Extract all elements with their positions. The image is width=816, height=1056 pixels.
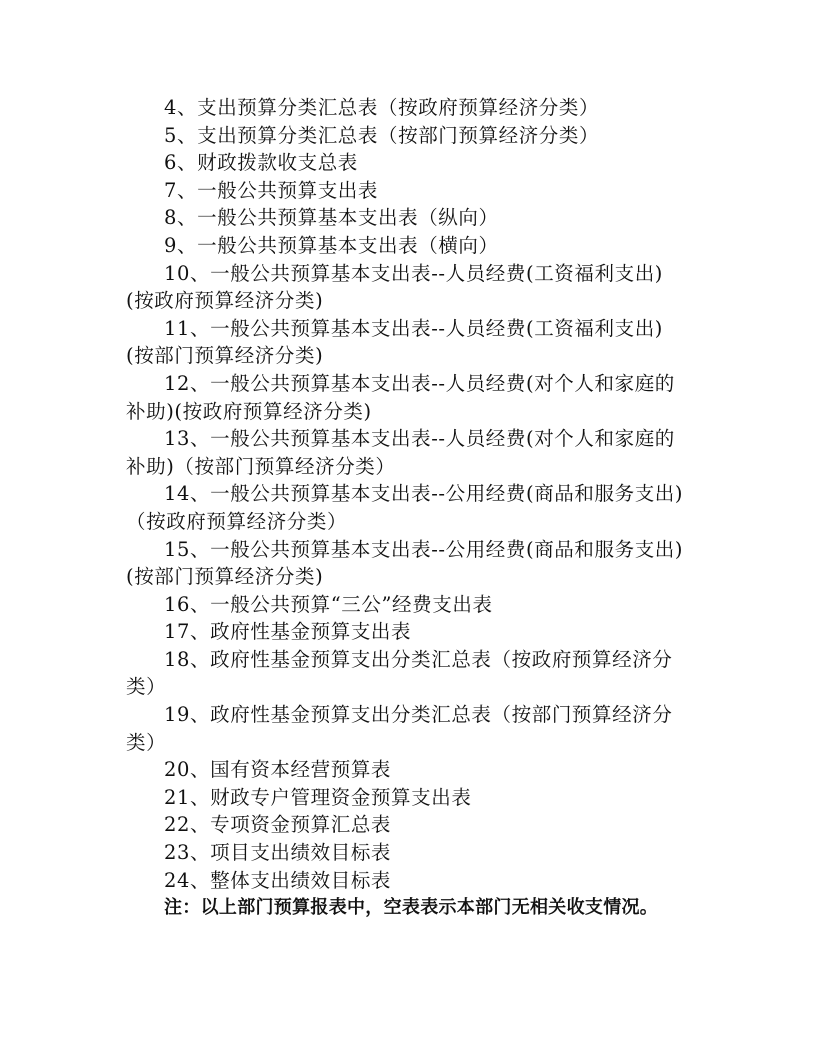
list-item-15: 15、一般公共预算基本支出表--公用经费(商品和服务支出)(按部门预算经济分类) [126, 536, 688, 591]
list-item-19: 19、政府性基金预算支出分类汇总表（按部门预算经济分类） [126, 701, 688, 756]
list-item-17: 17、政府性基金预算支出表 [126, 618, 688, 646]
list-item-5: 5、支出预算分类汇总表（按部门预算经济分类） [126, 122, 688, 150]
list-item-14: 14、一般公共预算基本支出表--公用经费(商品和服务支出)（按政府预算经济分类） [126, 480, 688, 535]
list-item-24: 24、整体支出绩效目标表 [126, 867, 688, 895]
list-item-4: 4、支出预算分类汇总表（按政府预算经济分类） [126, 94, 688, 122]
list-item-12: 12、一般公共预算基本支出表--人员经费(对个人和家庭的补助)(按政府预算经济分… [126, 370, 688, 425]
list-item-21: 21、财政专户管理资金预算支出表 [126, 784, 688, 812]
footnote: 注：以上部门预算报表中，空表表示本部门无相关收支情况。 [126, 894, 688, 922]
list-item-9: 9、一般公共预算基本支出表（横向） [126, 232, 688, 260]
list-item-11: 11、一般公共预算基本支出表--人员经费(工资福利支出)(按部门预算经济分类) [126, 315, 688, 370]
list-item-6: 6、财政拨款收支总表 [126, 149, 688, 177]
list-item-13: 13、一般公共预算基本支出表--人员经费(对个人和家庭的补助)（按部门预算经济分… [126, 425, 688, 480]
list-item-7: 7、一般公共预算支出表 [126, 177, 688, 205]
list-item-10: 10、一般公共预算基本支出表--人员经费(工资福利支出)(按政府预算经济分类) [126, 260, 688, 315]
list-item-22: 22、专项资金预算汇总表 [126, 811, 688, 839]
list-item-23: 23、项目支出绩效目标表 [126, 839, 688, 867]
list-item-16: 16、一般公共预算“三公”经费支出表 [126, 591, 688, 619]
list-item-20: 20、国有资本经营预算表 [126, 756, 688, 784]
list-item-8: 8、一般公共预算基本支出表（纵向） [126, 204, 688, 232]
list-item-18: 18、政府性基金预算支出分类汇总表（按政府预算经济分类） [126, 646, 688, 701]
document-page: 4、支出预算分类汇总表（按政府预算经济分类） 5、支出预算分类汇总表（按部门预算… [126, 94, 688, 922]
